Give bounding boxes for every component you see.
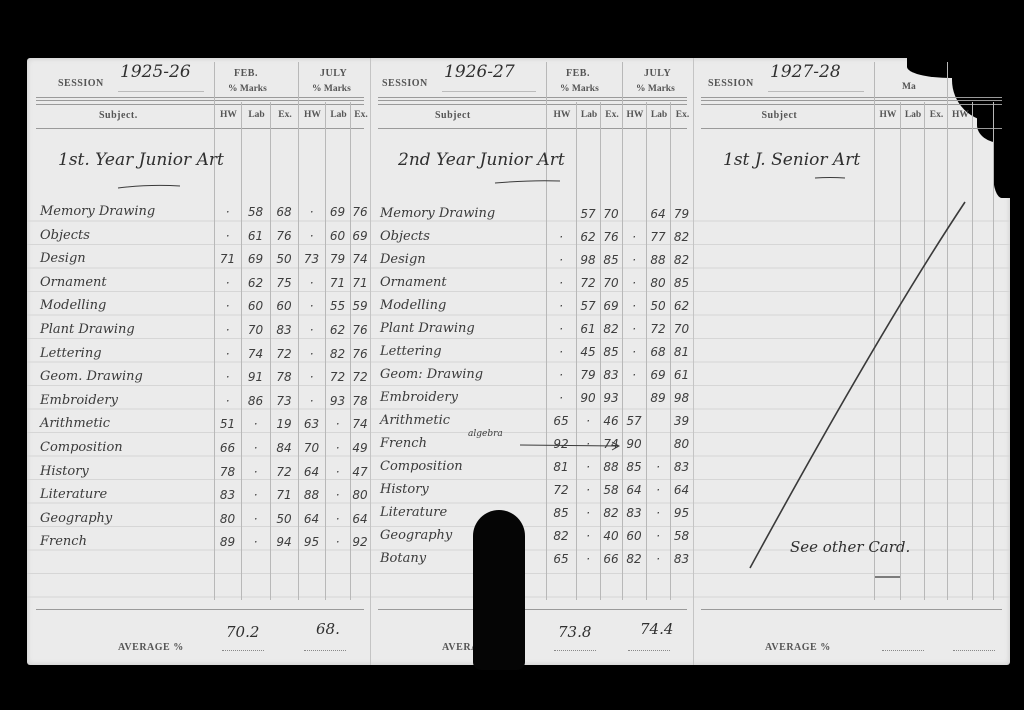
col-header-lab: Lab	[577, 110, 601, 120]
subject-name: Modelling	[40, 298, 106, 313]
mark-value: 68	[271, 205, 297, 219]
session-label: SESSION	[708, 78, 754, 89]
mark-value: 50	[271, 512, 297, 526]
session-label: SESSION	[58, 78, 104, 89]
col-header-ex: Ex.	[925, 110, 948, 120]
mark-value: ·	[621, 230, 647, 244]
mark-value: 72	[271, 347, 297, 361]
subject-name: Geom. Drawing	[40, 369, 143, 384]
subject-name: Memory Drawing	[40, 204, 155, 219]
ink-blot	[473, 510, 525, 670]
subject-name: French	[40, 534, 87, 549]
mark-value: 77	[645, 230, 671, 244]
mark-value: 64	[621, 483, 647, 497]
mark-value: ·	[299, 347, 325, 361]
average-july-value: 68.	[316, 620, 340, 638]
mark-value: ·	[621, 276, 647, 290]
course-title: 1st. Year Junior Art	[58, 150, 224, 170]
subject-name: Embroidery	[40, 393, 118, 408]
mark-value: 83	[669, 460, 695, 474]
mark-value: 84	[271, 441, 297, 455]
column-line	[546, 62, 547, 600]
mark-value: 83	[621, 506, 647, 520]
mark-value: 19	[271, 417, 297, 431]
subject-name: Geography	[40, 511, 112, 526]
mark-value: 76	[271, 229, 297, 243]
subject-name: Arithmetic	[380, 413, 450, 428]
col-header-ex: Ex.	[601, 110, 623, 120]
average-feb-field	[554, 650, 596, 651]
session-underline	[118, 91, 204, 92]
average-feb-value: 73.8	[558, 623, 591, 641]
subject-name: Literature	[40, 487, 107, 502]
subject-name: Plant Drawing	[40, 322, 135, 337]
subject-name: Objects	[380, 229, 430, 244]
subject-header: Subject	[762, 110, 798, 121]
col-header-hw: HW	[875, 110, 901, 120]
subject-name: Arithmetic	[40, 416, 110, 431]
mark-value: ·	[243, 441, 269, 455]
mark-value: ·	[215, 347, 241, 361]
average-feb-value: 70.2	[226, 623, 259, 641]
col-header-lab: Lab	[901, 110, 925, 120]
subject-name: Botany	[380, 551, 426, 566]
mark-value: ·	[243, 512, 269, 526]
marks-header-partial: Ma	[902, 82, 916, 92]
mark-value: 64	[645, 207, 671, 221]
mark-value: 69	[645, 368, 671, 382]
col-header-hw: HW	[948, 110, 973, 120]
mark-value: 70	[299, 441, 325, 455]
average-july-field	[953, 650, 995, 651]
mark-value: ·	[645, 529, 671, 543]
session-underline	[768, 91, 864, 92]
section-divider	[693, 58, 694, 665]
mark-value: 39	[669, 414, 695, 428]
header-rule	[36, 100, 364, 105]
subject-name: French	[380, 436, 427, 451]
mark-value: ·	[621, 299, 647, 313]
mark-value: ·	[299, 276, 325, 290]
mark-value: 64	[669, 483, 695, 497]
mark-value: 60	[621, 529, 647, 543]
july-header: JULY	[320, 68, 347, 79]
mark-value: 79	[669, 207, 695, 221]
mark-value: 81	[669, 345, 695, 359]
mark-value: ·	[215, 299, 241, 313]
mark-value: ·	[645, 483, 671, 497]
mark-value: ·	[299, 370, 325, 384]
footer-rule	[36, 609, 364, 610]
footer-rule	[378, 609, 687, 610]
col-header-ex: Ex.	[271, 110, 299, 120]
header-rule	[36, 128, 364, 129]
mark-value: ·	[645, 506, 671, 520]
subject-name: Modelling	[380, 298, 446, 313]
mark-value: 50	[645, 299, 671, 313]
section-divider	[370, 58, 371, 665]
mark-value: 72	[645, 322, 671, 336]
subject-name: History	[380, 482, 429, 497]
subject-name: Geom: Drawing	[380, 367, 483, 382]
mark-value: ·	[299, 394, 325, 408]
mark-value: 75	[271, 276, 297, 290]
course-title: 2nd Year Junior Art	[398, 150, 565, 170]
mark-value: ·	[243, 465, 269, 479]
session-year: 1926-27	[444, 62, 515, 82]
mark-value: 50	[271, 252, 297, 266]
session-year: 1925-26	[120, 62, 191, 82]
session-label: SESSION	[382, 78, 428, 89]
feb-marks-header: % Marks	[560, 84, 599, 94]
mark-value: ·	[645, 552, 671, 566]
col-header-ex: Ex.	[351, 110, 371, 120]
torn-corner	[993, 138, 1015, 198]
mark-value: 62	[669, 299, 695, 313]
mark-value: 95	[669, 506, 695, 520]
subject-name: History	[40, 464, 89, 479]
subject-name: Composition	[380, 459, 463, 474]
mark-value: 64	[299, 465, 325, 479]
mark-value: 89	[645, 391, 671, 405]
mark-value: 95	[299, 535, 325, 549]
row-note: algebra	[468, 429, 503, 439]
subject-name: Ornament	[380, 275, 447, 290]
feb-marks-header: % Marks	[228, 84, 267, 94]
subject-name: Lettering	[40, 346, 102, 361]
column-line	[874, 62, 875, 600]
subject-name: Design	[40, 251, 86, 266]
mark-value: 85	[548, 506, 574, 520]
header-rule	[378, 128, 687, 129]
mark-value: 98	[669, 391, 695, 405]
mark-value: 64	[299, 512, 325, 526]
col-header-hw: HW	[299, 110, 326, 120]
mark-value: 68	[645, 345, 671, 359]
mark-value: ·	[548, 299, 574, 313]
average-july-field	[628, 650, 670, 651]
header-rule	[701, 97, 1002, 98]
average-feb-field	[222, 650, 264, 651]
course-title: 1st J. Senior Art	[723, 150, 860, 170]
col-header-hw: HW	[547, 110, 577, 120]
mark-value: 61	[669, 368, 695, 382]
mark-value: 62	[243, 276, 269, 290]
mark-value: ·	[548, 322, 574, 336]
mark-value: ·	[621, 253, 647, 267]
mark-value: 82	[548, 529, 574, 543]
header-rule	[378, 97, 687, 98]
mark-value: ·	[621, 368, 647, 382]
mark-value: 89	[215, 535, 241, 549]
subject-name: Embroidery	[380, 390, 458, 405]
mark-value: 82	[669, 230, 695, 244]
mark-value: 65	[548, 414, 574, 428]
mark-value: ·	[621, 345, 647, 359]
mark-value: ·	[548, 345, 574, 359]
see-other-card-note: See other Card.	[790, 538, 910, 556]
mark-value: 78	[271, 370, 297, 384]
header-rule	[36, 97, 364, 98]
mark-value: 94	[271, 535, 297, 549]
mark-value: 86	[243, 394, 269, 408]
subject-name: Memory Drawing	[380, 206, 495, 221]
col-header-lab: Lab	[647, 110, 671, 120]
mark-value: 69	[243, 252, 269, 266]
mark-value: ·	[299, 229, 325, 243]
july-header: JULY	[644, 68, 671, 79]
mark-value: 85	[669, 276, 695, 290]
average-label: AVERAGE %	[765, 642, 831, 653]
average-july-field	[304, 650, 346, 651]
july-marks-header: % Marks	[312, 84, 351, 94]
mark-value: ·	[621, 322, 647, 336]
mark-value: 85	[621, 460, 647, 474]
mark-value: 83	[271, 323, 297, 337]
footer-rule	[701, 609, 1002, 610]
mark-value: 83	[215, 488, 241, 502]
mark-value: 88	[299, 488, 325, 502]
mark-value: 81	[548, 460, 574, 474]
mark-value: 63	[299, 417, 325, 431]
average-label: AVERAGE %	[118, 642, 184, 653]
session-year: 1927-28	[770, 62, 841, 82]
mark-value: 73	[271, 394, 297, 408]
subject-name: Objects	[40, 228, 90, 243]
july-marks-header: % Marks	[636, 84, 675, 94]
col-header-hw: HW	[623, 110, 647, 120]
mark-value: 80	[669, 437, 695, 451]
feb-header: FEB.	[566, 68, 590, 79]
mark-value: 88	[645, 253, 671, 267]
mark-value: ·	[645, 460, 671, 474]
mark-value: 82	[669, 253, 695, 267]
mark-value: 71	[215, 252, 241, 266]
mark-value: ·	[243, 535, 269, 549]
subject-name: Composition	[40, 440, 123, 455]
mark-value: 78	[215, 465, 241, 479]
mark-value: 80	[645, 276, 671, 290]
col-header-hw: HW	[215, 110, 242, 120]
mark-value: 66	[215, 441, 241, 455]
mark-value: 70	[243, 323, 269, 337]
mark-value: 51	[215, 417, 241, 431]
mark-value: 60	[271, 299, 297, 313]
column-line	[900, 102, 901, 600]
subject-name: Plant Drawing	[380, 321, 475, 336]
mark-value: 58	[243, 205, 269, 219]
subject-name: Lettering	[380, 344, 442, 359]
mark-value: 82	[621, 552, 647, 566]
average-july-value: 74.4	[640, 620, 673, 638]
mark-value: ·	[548, 276, 574, 290]
mark-value: ·	[299, 323, 325, 337]
mark-value: ·	[215, 205, 241, 219]
subject-header: Subject.	[99, 110, 138, 121]
subject-header: Subject	[435, 110, 471, 121]
col-header-lab: Lab	[326, 110, 351, 120]
mark-value: 92	[548, 437, 574, 451]
mark-value: 61	[243, 229, 269, 243]
subject-name: Design	[380, 252, 426, 267]
column-line	[972, 102, 973, 600]
mark-value: ·	[215, 229, 241, 243]
subject-name: Literature	[380, 505, 447, 520]
mark-value: ·	[215, 276, 241, 290]
mark-value: ·	[243, 417, 269, 431]
session-underline	[442, 91, 536, 92]
mark-value: ·	[215, 394, 241, 408]
mark-value: ·	[548, 253, 574, 267]
mark-value: ·	[243, 488, 269, 502]
mark-value: ·	[215, 323, 241, 337]
mark-value: ·	[215, 370, 241, 384]
mark-value: 73	[299, 252, 325, 266]
mark-value: 60	[243, 299, 269, 313]
mark-value: 74	[243, 347, 269, 361]
column-line	[947, 62, 948, 600]
mark-value: 70	[598, 207, 624, 221]
mark-value: 71	[271, 488, 297, 502]
header-rule	[701, 100, 1002, 105]
mark-value: ·	[548, 391, 574, 405]
feb-header: FEB.	[234, 68, 258, 79]
column-line	[924, 102, 925, 600]
mark-value: 57	[621, 414, 647, 428]
col-header-ex: Ex.	[671, 110, 694, 120]
mark-value: ·	[548, 230, 574, 244]
mark-value: 65	[548, 552, 574, 566]
mark-value: 70	[669, 322, 695, 336]
mark-value: 90	[621, 437, 647, 451]
header-rule	[378, 100, 687, 105]
subject-name: Ornament	[40, 275, 107, 290]
mark-value: 72	[548, 483, 574, 497]
mark-value: 93	[598, 391, 624, 405]
mark-value: 80	[215, 512, 241, 526]
col-header-lab: Lab	[242, 110, 271, 120]
mark-value: ·	[548, 368, 574, 382]
mark-value: 58	[669, 529, 695, 543]
mark-value: 72	[271, 465, 297, 479]
header-rule	[701, 128, 1002, 129]
column-line	[993, 102, 994, 600]
average-feb-field	[882, 650, 924, 651]
mark-value: ·	[299, 205, 325, 219]
mark-value: 91	[243, 370, 269, 384]
subject-name: Geography	[380, 528, 452, 543]
mark-value: ·	[299, 299, 325, 313]
mark-value: 83	[669, 552, 695, 566]
